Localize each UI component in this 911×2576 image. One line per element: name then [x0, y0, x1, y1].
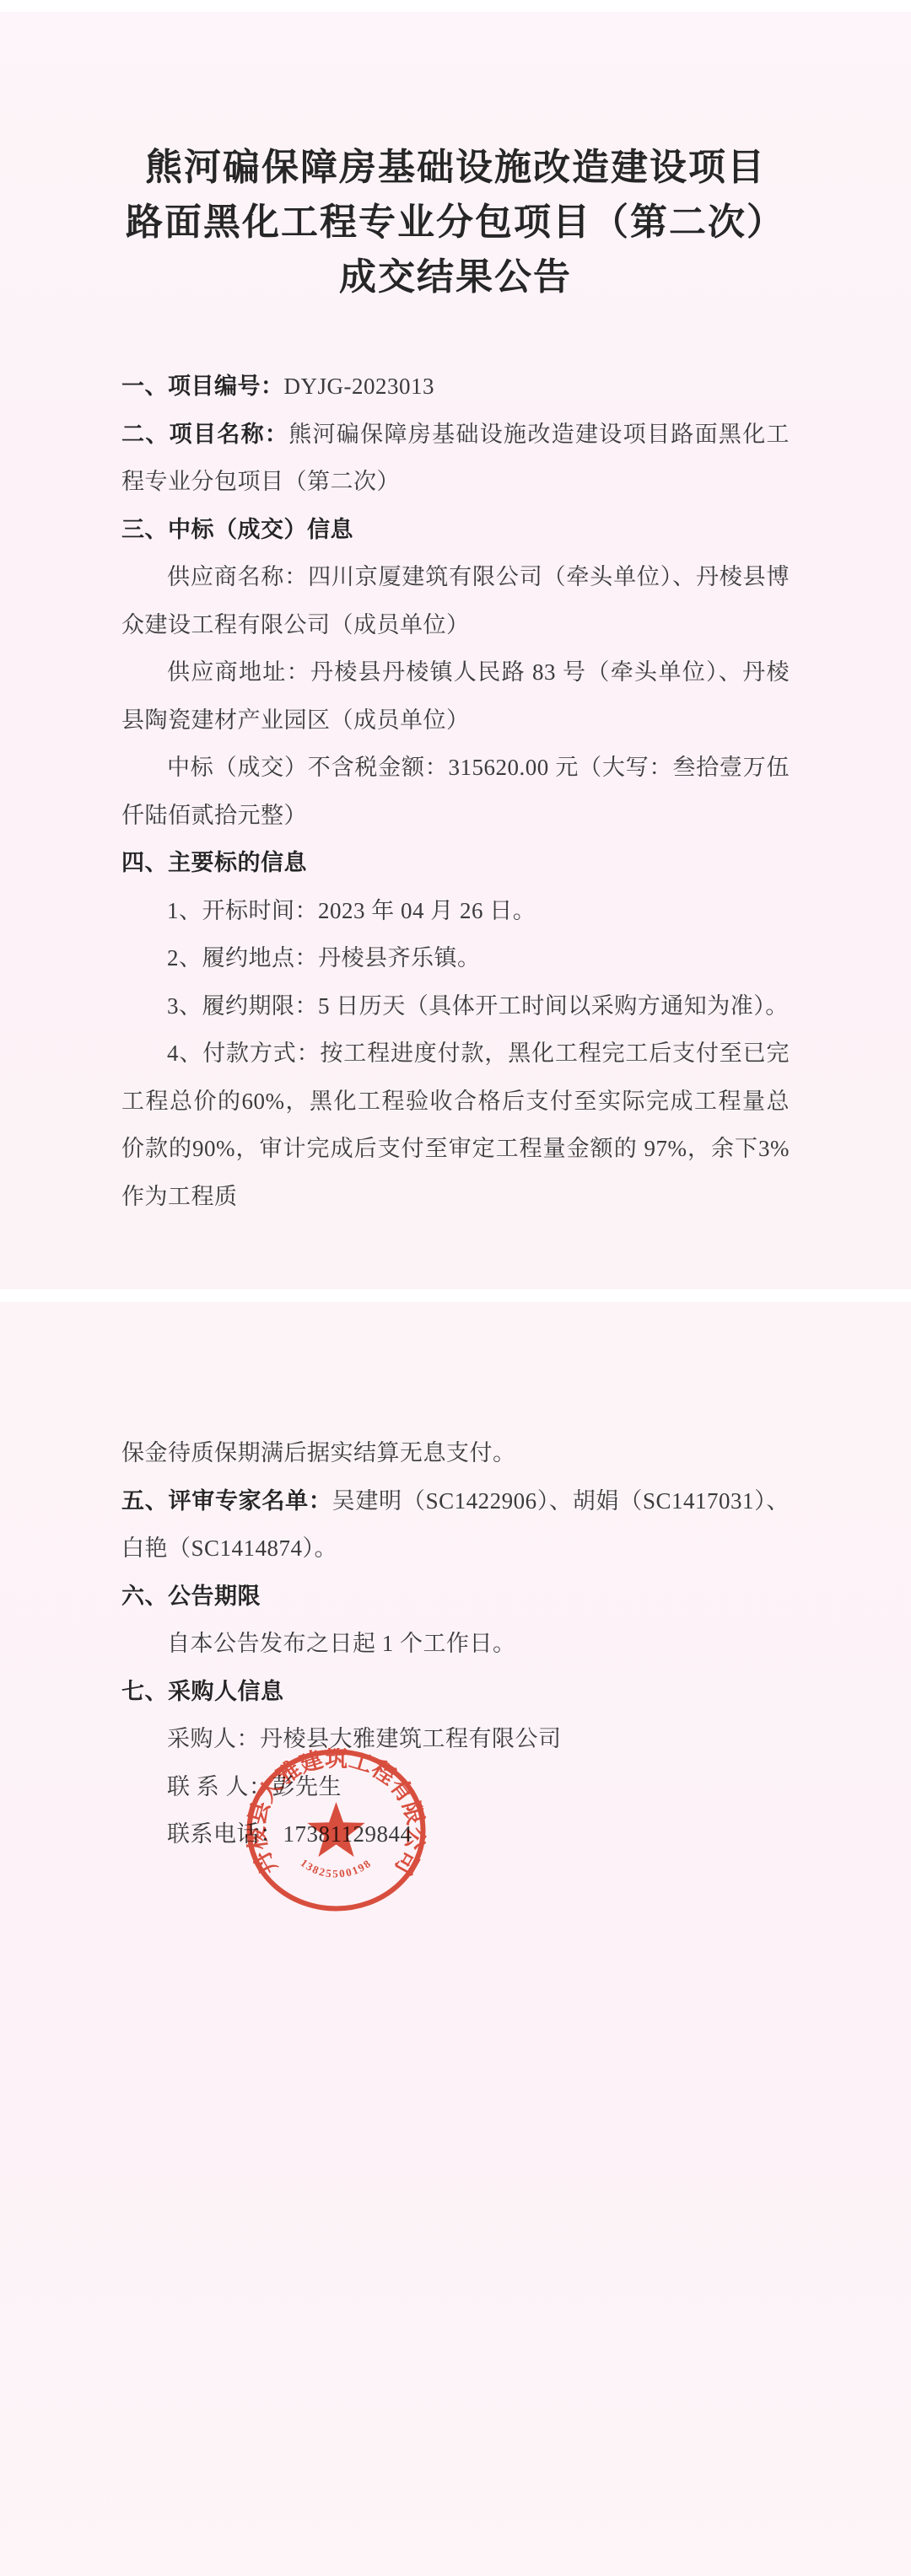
section-text: 供应商名称：四川京厦建筑有限公司（牵头单位）、丹棱县博众建设工程有限公司（成员单… [121, 564, 790, 637]
doc-paragraph-expert-list: 五、评审专家名单：吴建明（SC1422906）、胡娟（SC1417031）、白艳… [121, 1477, 790, 1573]
section-text: DYJG-2023013 [284, 374, 435, 399]
section-text: 4、付款方式：按工程进度付款，黑化工程完工后支付至已完工程总价的60%，黑化工程… [121, 1041, 790, 1209]
section-text: 中标（成交）不含税金额：315620.00 元（大写：叁拾壹万伍仟陆佰贰拾元整） [121, 755, 790, 828]
star-icon [307, 1802, 364, 1857]
section-text: 1、开标时间：2023 年 04 月 26 日。 [167, 898, 536, 923]
doc-paragraph-project-name: 二、项目名称：熊河碥保障房基础设施改造建设项目路面黑化工程专业分包项目（第二次） [121, 411, 790, 506]
company-seal-stamp: 丹棱县大雅建筑工程有限公司 5138255001980 [245, 1748, 429, 1915]
section-label: 一、项目编号： [121, 374, 284, 399]
section-text: 3、履约期限：5 日历天（具体开工时间以采购方通知为准）。 [167, 993, 789, 1019]
scanned-document: { "doc": { "title_lines": [ "熊河碥保障房基础设施改… [0, 0, 911, 2576]
section-label: 四、主要标的信息 [121, 850, 307, 875]
doc-paragraph-contact-phone: 联系电话：17381129844 [121, 1810, 790, 1858]
seal-graphic: 丹棱县大雅建筑工程有限公司 5138255001980 [245, 1748, 429, 1915]
title-line-1: 熊河碥保障房基础设施改造建设项目 [0, 140, 911, 195]
title-line-2: 路面黑化工程专业分包项目（第二次） [0, 195, 911, 250]
section-text: 保金待质保期满后据实结算无息支付。 [121, 1440, 516, 1465]
section-text: 2、履约地点：丹棱县齐乐镇。 [167, 945, 481, 971]
doc-heading-announcement-period: 六、公告期限 [121, 1573, 790, 1621]
doc-heading-award-info: 三、中标（成交）信息 [121, 506, 790, 554]
section-label: 七、采购人信息 [121, 1679, 284, 1704]
doc-heading-purchaser-info: 七、采购人信息 [121, 1668, 790, 1716]
section-label: 二、项目名称： [121, 422, 288, 447]
doc-paragraph-performance-period: 3、履约期限：5 日历天（具体开工时间以采购方通知为准）。 [121, 982, 790, 1030]
doc-paragraph-announcement-period-text: 自本公告发布之日起 1 个工作日。 [121, 1620, 790, 1668]
title-line-3: 成交结果公告 [0, 250, 911, 304]
doc-paragraph-award-amount: 中标（成交）不含税金额：315620.00 元（大写：叁拾壹万伍仟陆佰贰拾元整） [121, 744, 790, 839]
section-text: 供应商地址：丹棱县丹棱镇人民路 83 号（牵头单位）、丹棱县陶瓷建材产业园区（成… [121, 659, 790, 733]
doc-paragraph-purchaser: 采购人：丹棱县大雅建筑工程有限公司 [121, 1715, 790, 1763]
section-label: 六、公告期限 [121, 1584, 261, 1609]
section-text: 自本公告发布之日起 1 个工作日。 [167, 1631, 516, 1656]
doc-paragraph-supplier-name: 供应商名称：四川京厦建筑有限公司（牵头单位）、丹棱县博众建设工程有限公司（成员单… [121, 553, 790, 648]
doc-paragraph-contact-person: 联 系 人：彭先生 [121, 1763, 790, 1811]
doc-paragraph-project-number: 一、项目编号：DYJG-2023013 [121, 363, 790, 411]
page-2-content: 保金待质保期满后据实结算无息支付。 五、评审专家名单：吴建明（SC1422906… [121, 1429, 790, 1858]
document-title: 熊河碥保障房基础设施改造建设项目 路面黑化工程专业分包项目（第二次） 成交结果公… [0, 140, 911, 304]
doc-paragraph-performance-place: 2、履约地点：丹棱县齐乐镇。 [121, 934, 790, 982]
doc-heading-subject-info: 四、主要标的信息 [121, 839, 790, 887]
section-label: 五、评审专家名单： [121, 1488, 332, 1514]
doc-paragraph-payment-terms-continued: 保金待质保期满后据实结算无息支付。 [121, 1429, 790, 1477]
section-label: 三、中标（成交）信息 [121, 517, 353, 542]
page-1-content: 一、项目编号：DYJG-2023013 二、项目名称：熊河碥保障房基础设施改造建… [121, 363, 790, 1220]
doc-paragraph-bid-opening-time: 1、开标时间：2023 年 04 月 26 日。 [121, 887, 790, 935]
doc-paragraph-payment-terms: 4、付款方式：按工程进度付款，黑化工程完工后支付至已完工程总价的60%，黑化工程… [121, 1030, 790, 1220]
doc-paragraph-supplier-address: 供应商地址：丹棱县丹棱镇人民路 83 号（牵头单位）、丹棱县陶瓷建材产业园区（成… [121, 648, 790, 744]
